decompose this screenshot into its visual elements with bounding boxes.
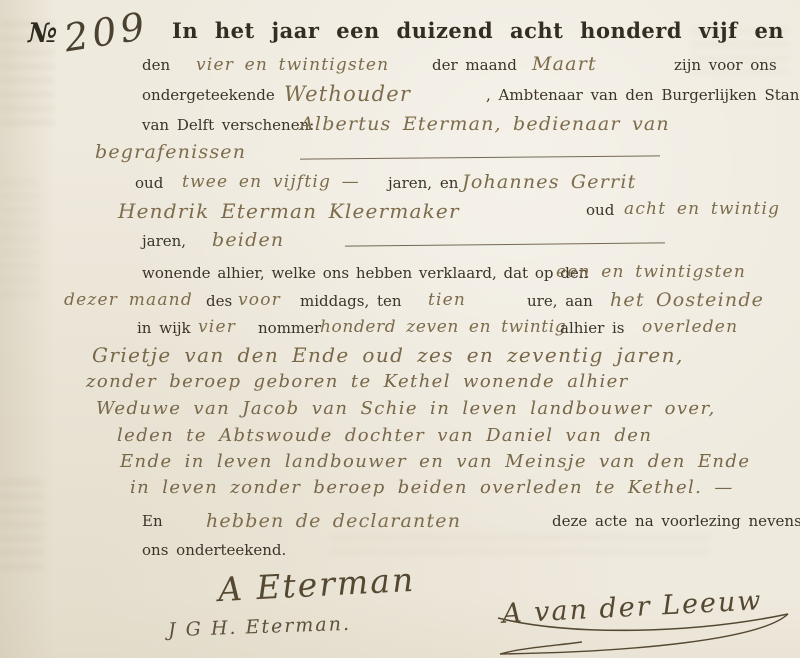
ambtenaar-label: , Ambtenaar van den Burgerlijken Stand: [486, 86, 800, 104]
handwritten-occupation1: begrafenissen: [95, 141, 246, 163]
act-number-symbol: №: [28, 18, 57, 49]
signature-declarant2: J G H. Eterman.: [168, 613, 352, 641]
verschenen-label: van Delft verschenen:: [142, 116, 314, 134]
den-label: den: [142, 56, 170, 74]
ruled-blank-line: [345, 242, 665, 246]
deceased-line: in leven zonder beroep beiden overleden …: [130, 477, 734, 498]
ruled-blank-line: [300, 155, 660, 159]
deceased-line: Weduwe van Jacob van Schie in leven land…: [96, 398, 716, 419]
beiden-row: jaren, beiden: [0, 232, 800, 262]
oud-label-1: oud: [135, 174, 163, 192]
zijn-voor-ons-label: zijn voor ons: [674, 56, 777, 74]
handwritten-declarant2: Johannes Gerrit: [462, 171, 636, 193]
middags-label: middags, ten: [300, 292, 402, 310]
deceased-line: Ende in leven landbouwer en van Meinsje …: [120, 451, 750, 472]
official-row: ondergeteekende Wethouder , Ambtenaar va…: [0, 86, 800, 116]
handwritten-day: vier en twintigsten: [196, 55, 389, 75]
act-number-value: 209: [61, 4, 151, 61]
des-label: des: [206, 292, 232, 310]
handwritten-place: het Oosteinde: [610, 289, 764, 311]
handwritten-declaranten: hebben de declaranten: [206, 510, 461, 532]
handwritten-wijk: vier: [198, 317, 236, 337]
nommer-label: nommer: [258, 319, 321, 337]
handwritten-overleden: overleden: [642, 317, 738, 337]
oud-label-2: oud: [586, 201, 614, 219]
handwritten-month: Maart: [532, 53, 597, 75]
voorlezing-label: deze acte na voorlezing nevens: [552, 512, 800, 530]
declarant2-row: Hendrik Eterman Kleermaker oud acht en t…: [0, 201, 800, 231]
jaren-label: jaren,: [142, 232, 186, 250]
handwritten-declarant2-cont: Hendrik Eterman Kleermaker: [118, 199, 460, 223]
wonende-label: wonende alhier, welke ons hebben verklaa…: [142, 264, 588, 282]
handwritten-death-day: een en twintigsten: [556, 262, 746, 282]
handwritten-declarant1: Albertus Eterman, bedienaar van: [300, 113, 670, 135]
handwritten-beiden: beiden: [212, 229, 284, 251]
deceased-line: leden te Abtswoude dochter van Daniel va…: [117, 425, 652, 446]
der-maand-label: der maand: [432, 56, 517, 74]
signature-flourish: [492, 612, 792, 658]
year-line-text: In het jaar een duizend acht honderd vij…: [172, 18, 800, 43]
ure-label: ure, aan: [527, 292, 593, 310]
handwritten-voor: voor: [238, 290, 281, 310]
onderteekend-label: ons onderteekend.: [142, 541, 286, 559]
wijk-label: in wijk: [137, 319, 191, 337]
deceased-line: Grietje van den Ende oud zes en zeventig…: [92, 343, 684, 367]
declarant1-occupation-row: begrafenissen: [0, 143, 800, 173]
handwritten-huisnummer: honderd zeven en twintig: [320, 317, 566, 337]
en-label: En: [142, 512, 163, 530]
handwritten-hour: tien: [428, 290, 466, 310]
handwritten-age1: twee en vijftig —: [182, 172, 360, 192]
closing-row: En hebben de declaranten deze acte na vo…: [0, 512, 800, 542]
jaren-en-label: jaren, en: [388, 174, 458, 192]
handwritten-dezer-maand: dezer maand: [64, 290, 193, 310]
deceased-block: Grietje van den Ende oud zes en zeventig…: [0, 343, 800, 503]
ondergeteekende-label: ondergeteekende: [142, 86, 275, 104]
handwritten-age2: acht en twintig: [624, 199, 780, 219]
death-certificate-page: № 209 In het jaar een duizend acht honde…: [0, 0, 800, 658]
deceased-line: zonder beroep geboren te Kethel wonende …: [86, 371, 629, 392]
handwritten-official: Wethouder: [284, 82, 411, 106]
act-number-row: № 209 In het jaar een duizend acht honde…: [0, 12, 800, 42]
alhier-is-label: alhier is: [560, 319, 625, 337]
